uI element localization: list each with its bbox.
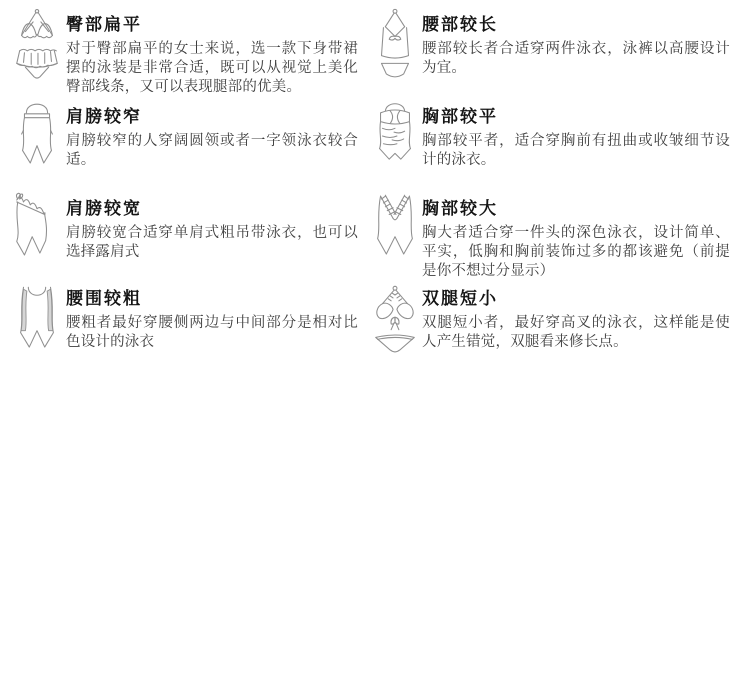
tip-title: 肩膀较窄 <box>66 108 358 125</box>
side-panel-swimsuit-icon <box>8 278 66 364</box>
tip-body: 肩膀较窄的人穿阔圆领或者一字领泳衣较合适。 <box>66 132 358 170</box>
tip-flat-hips: 臀部扁平 对于臀部扁平的女士来说，选一款下身带裙摆的泳装是非常合适，既可以从视觉… <box>8 4 362 97</box>
tankini-swimsuit-icon <box>368 4 422 86</box>
tip-title: 胸部较大 <box>422 200 730 217</box>
one-shoulder-swimsuit-icon <box>8 188 66 266</box>
swimsuit-tips-page: 臀部扁平 对于臀部扁平的女士来说，选一款下身带裙摆的泳装是非常合适，既可以从视觉… <box>0 0 750 678</box>
tip-long-waist: 腰部较长 腰部较长者合适穿两件泳衣，泳裤以高腰设计为宜。 <box>368 4 734 86</box>
tip-body: 双腿短小者，最好穿高叉的泳衣，这样能是使人产生错觉，双腿看来修长点。 <box>422 314 730 352</box>
tip-short-legs: 双腿短小 双腿短小者，最好穿高叉的泳衣，这样能是使人产生错觉，双腿看来修长点。 <box>368 278 734 364</box>
tip-body: 腰粗者最好穿腰侧两边与中间部分是相对比色设计的泳衣 <box>66 314 358 352</box>
tip-narrow-shoulders: 肩膀较窄 肩膀较窄的人穿阔圆领或者一字领泳衣较合适。 <box>8 96 362 174</box>
tip-body: 肩膀较宽合适穿单肩式粗吊带泳衣，也可以选择露肩式 <box>66 224 358 262</box>
bikini-skirt-swimsuit-icon <box>8 4 66 86</box>
tip-body: 腰部较长者合适穿两件泳衣，泳裤以高腰设计为宜。 <box>422 40 730 78</box>
tip-title: 肩膀较宽 <box>66 200 358 217</box>
tip-title: 胸部较平 <box>422 108 730 125</box>
wide-neckline-swimsuit-icon <box>8 96 66 174</box>
tip-title: 臀部扁平 <box>66 16 358 33</box>
tip-flat-chest: 胸部较平 胸部较平者，适合穿胸前有扭曲或收皱细节设计的泳衣。 <box>368 96 734 176</box>
tip-large-chest: 胸部较大 胸大者适合穿一件头的深色泳衣，设计简单、平实，低胸和胸前装饰过多的都该… <box>368 188 734 281</box>
tip-body: 胸大者适合穿一件头的深色泳衣，设计简单、平实，低胸和胸前装饰过多的都该避免（前提… <box>422 224 730 281</box>
high-cut-bikini-icon <box>368 278 422 364</box>
v-neck-swimsuit-icon <box>368 188 422 266</box>
tip-thick-waist: 腰围较粗 腰粗者最好穿腰侧两边与中间部分是相对比色设计的泳衣 <box>8 278 362 364</box>
tip-wide-shoulders: 肩膀较宽 肩膀较宽合适穿单肩式粗吊带泳衣，也可以选择露肩式 <box>8 188 362 266</box>
tip-title: 腰部较长 <box>422 16 730 33</box>
tip-title: 双腿短小 <box>422 290 730 307</box>
tip-body: 对于臀部扁平的女士来说，选一款下身带裙摆的泳装是非常合适，既可以从视觉上美化臀部… <box>66 40 358 97</box>
ruched-swimsuit-icon <box>368 96 422 176</box>
tip-title: 腰围较粗 <box>66 290 358 307</box>
tip-body: 胸部较平者，适合穿胸前有扭曲或收皱细节设计的泳衣。 <box>422 132 730 170</box>
